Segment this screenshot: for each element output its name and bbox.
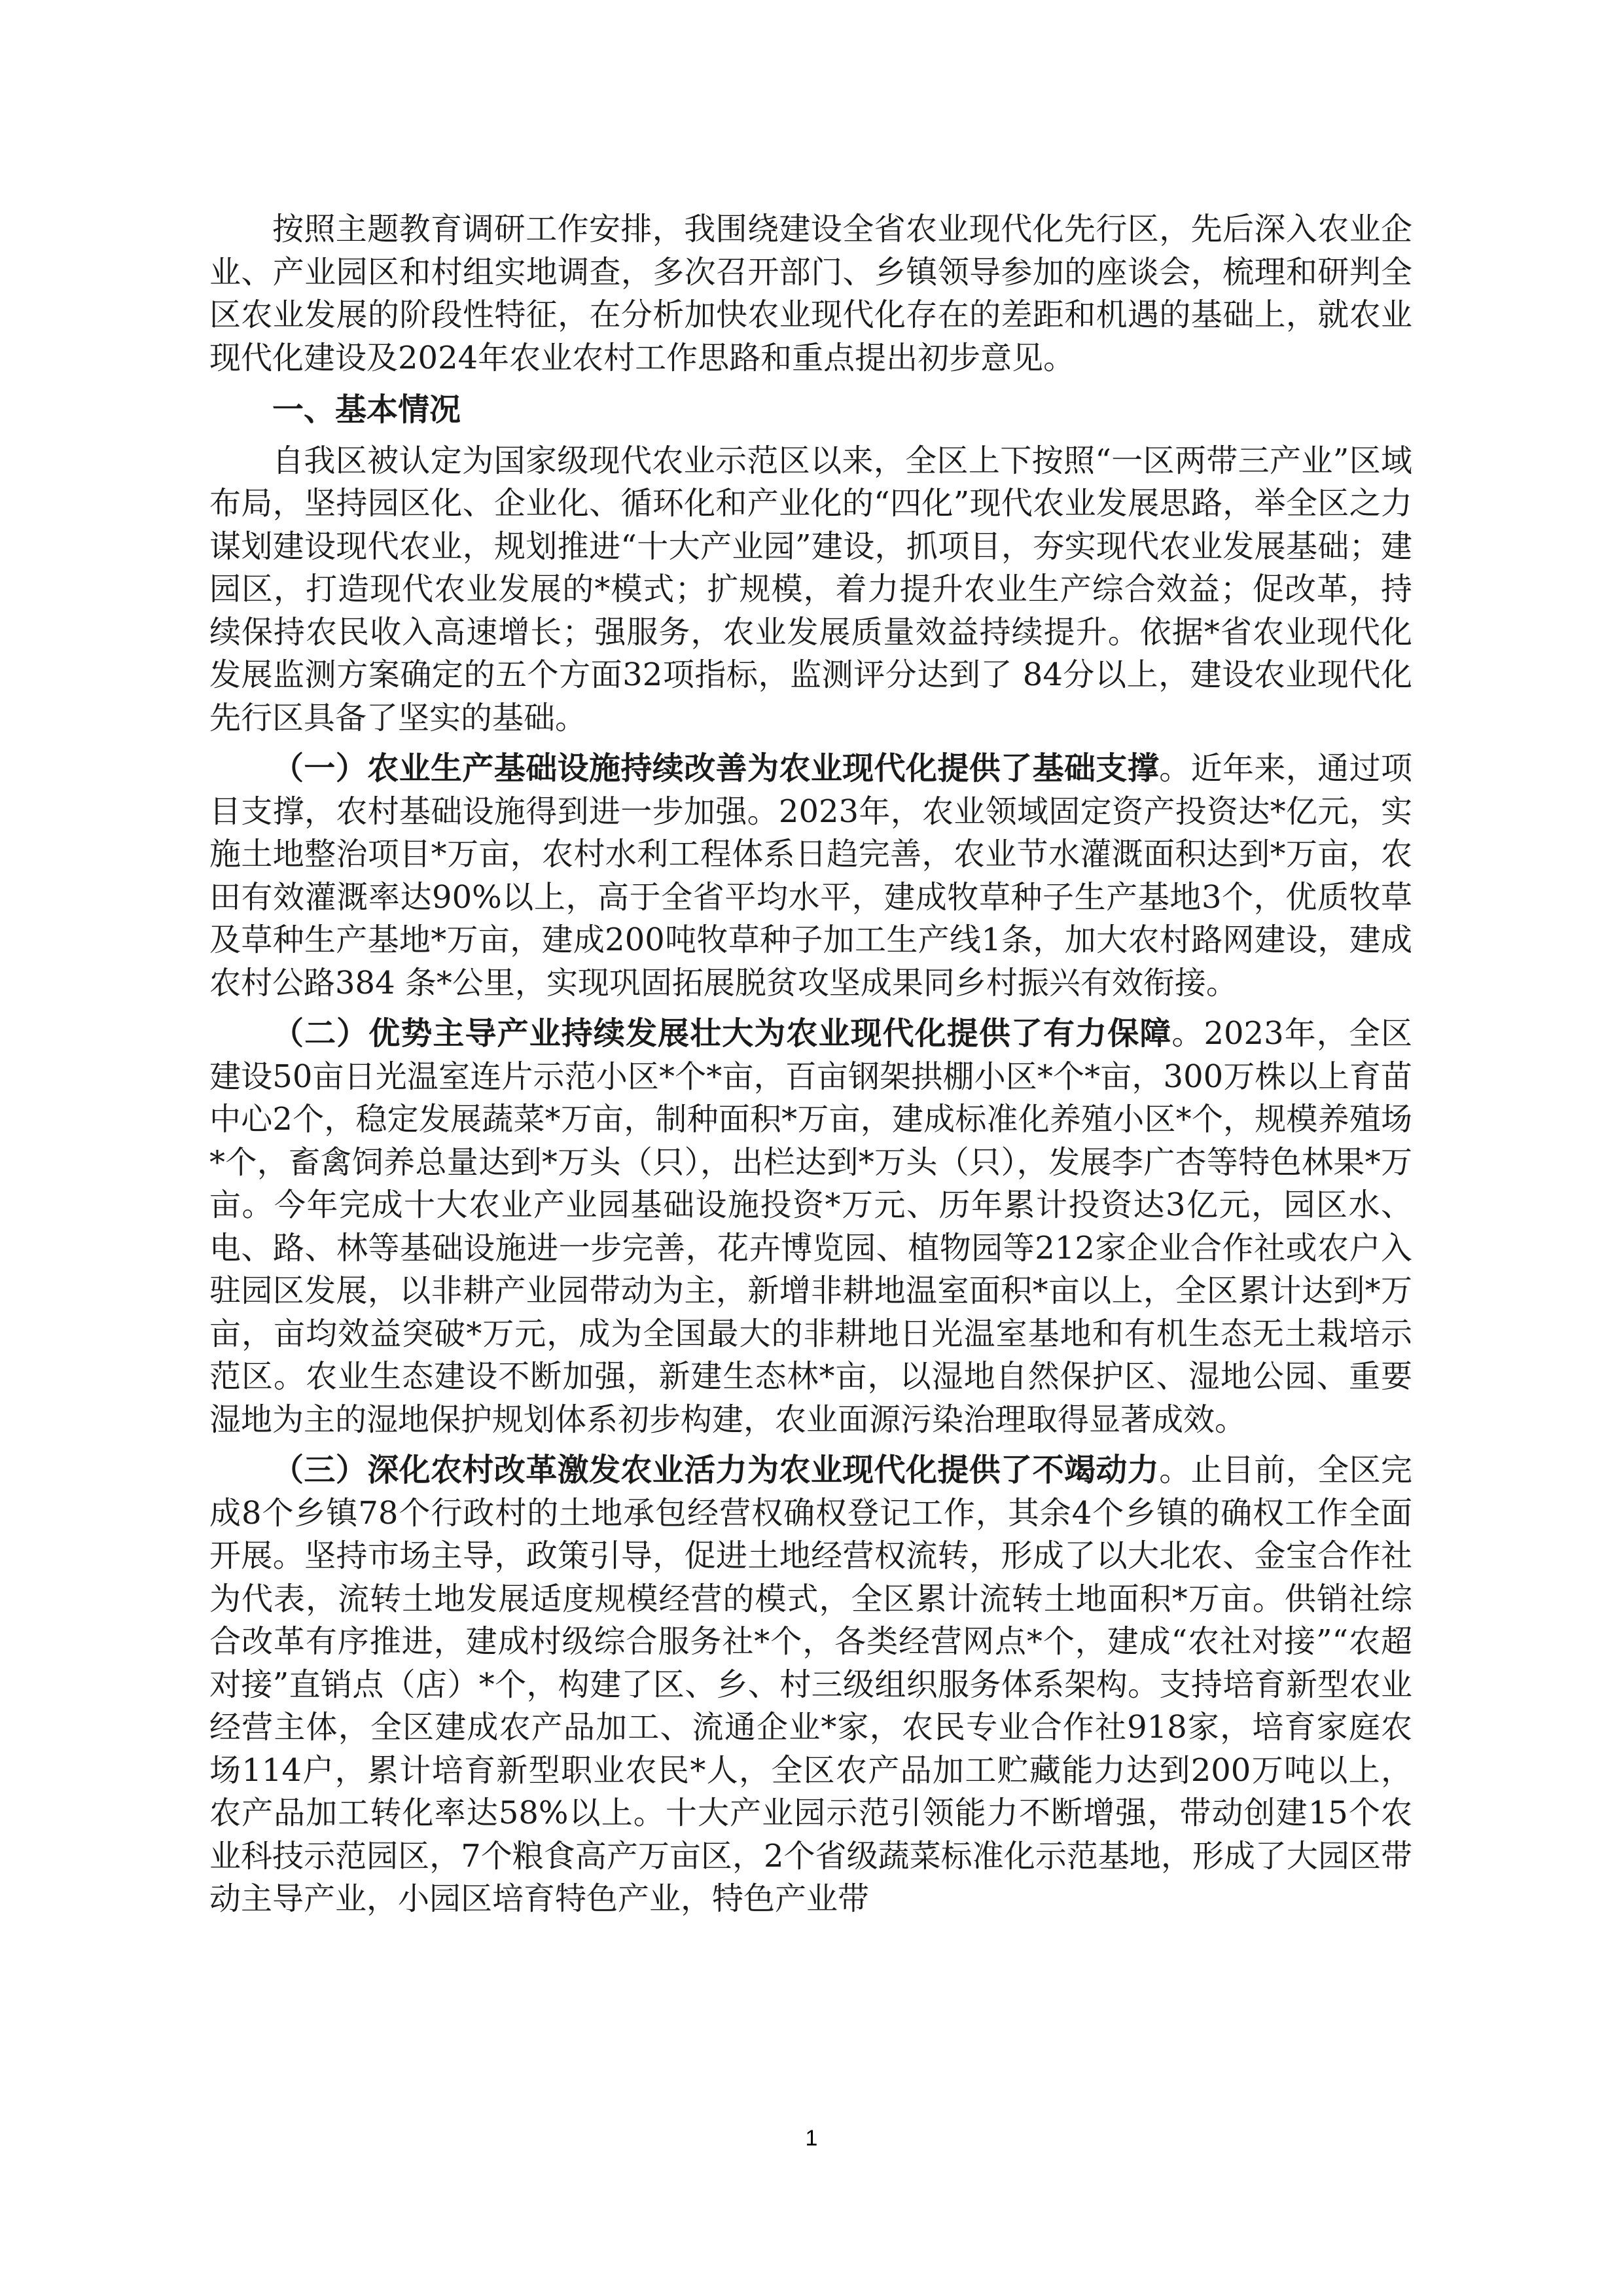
subsection-title-3: （三）深化农村改革激发农业活力为农业现代化提供了不竭动力	[272, 1452, 1159, 1488]
page-number: 1	[0, 2126, 1623, 2151]
subsection-title-1: （一）农业生产基础设施持续改善为农业现代化提供了基础支撑	[272, 750, 1159, 787]
intro-paragraph: 按照主题教育调研工作安排，我围绕建设全省农业现代化先行区，先后深入农业企业、产业…	[209, 208, 1412, 380]
document-page: 按照主题教育调研工作安排，我围绕建设全省农业现代化先行区，先后深入农业企业、产业…	[0, 0, 1623, 2296]
subsection-title-2: （二）优势主导产业持续发展壮大为农业现代化提供了有力保障	[272, 1015, 1171, 1052]
overview-paragraph: 自我区被认定为国家级现代农业示范区以来，全区上下按照“一区两带三产业”区域布局，…	[209, 440, 1412, 740]
section-heading: 一、基本情况	[209, 389, 1412, 432]
subsection-body-3: 。止目前，全区完成8个乡镇78个行政村的土地承包经营权确权登记工作，其余4个乡镇…	[209, 1452, 1412, 1917]
subsection-body-2: 。2023年，全区建设50亩日光温室连片示范小区*个*亩，百亩钢架拱棚小区*个*…	[209, 1015, 1412, 1438]
subsection-body-1: 。近年来，通过项目支撑，农村基础设施得到进一步加强。2023年，农业领域固定资产…	[209, 750, 1412, 1001]
subsection-paragraph-3: （三）深化农村改革激发农业活力为农业现代化提供了不竭动力。止目前，全区完成8个乡…	[209, 1449, 1412, 1921]
document-body: 按照主题教育调研工作安排，我围绕建设全省农业现代化先行区，先后深入农业企业、产业…	[209, 208, 1412, 1921]
subsection-paragraph-2: （二）优势主导产业持续发展壮大为农业现代化提供了有力保障。2023年，全区建设5…	[209, 1013, 1412, 1441]
subsection-paragraph-1: （一）农业生产基础设施持续改善为农业现代化提供了基础支撑。近年来，通过项目支撑，…	[209, 747, 1412, 1005]
